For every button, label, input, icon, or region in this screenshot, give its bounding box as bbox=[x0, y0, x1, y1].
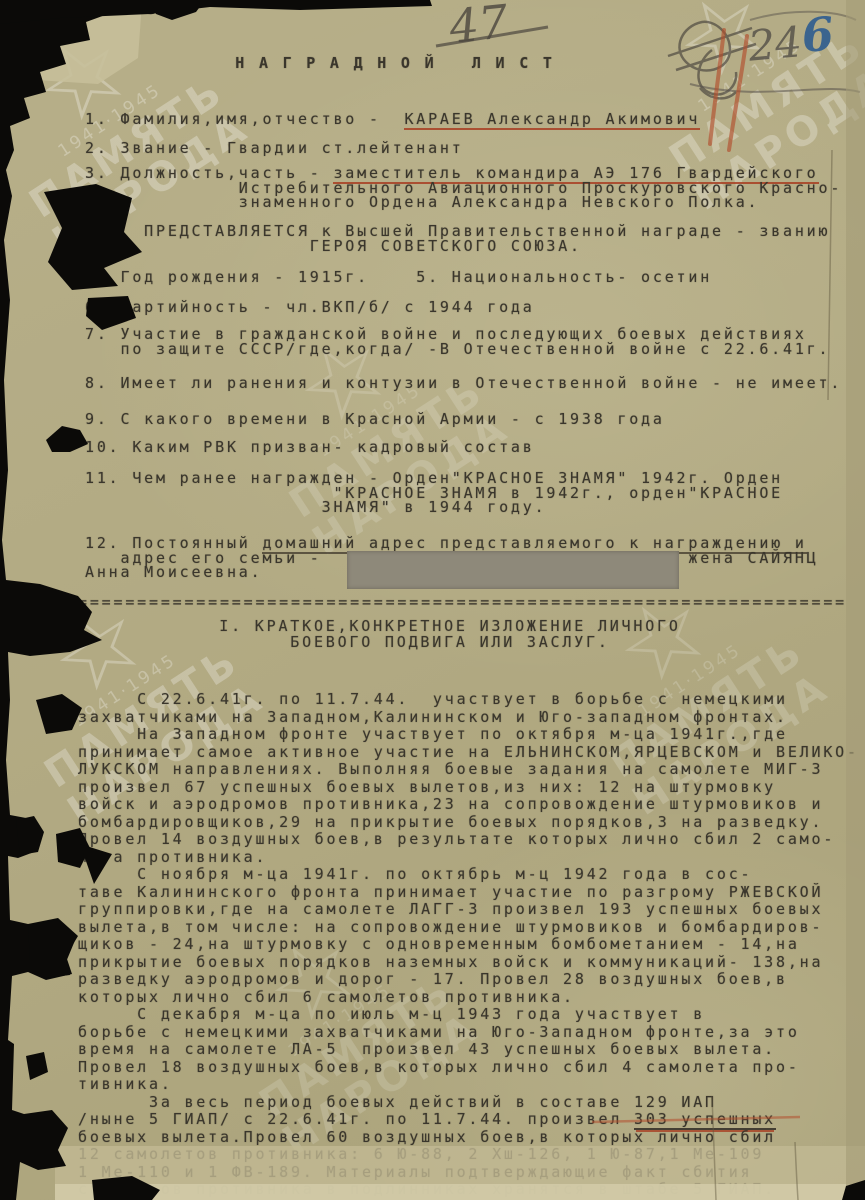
page-number-blue-part: 6 bbox=[799, 6, 836, 63]
paragraph-5: За весь период боевых действий в составе… bbox=[78, 1094, 859, 1199]
form-item-4-5: 4. Год рождения - 1915г. 5. Национальнос… bbox=[85, 270, 712, 285]
presentation-statement: ПРЕДСТАВЛЯЕТСЯ к Высшей Правительственно… bbox=[85, 224, 830, 253]
watermark-word: ПАМЯТЬ bbox=[661, 23, 865, 182]
feat-description-body: С 22.6.41г. по 11.7.44. участвует в борь… bbox=[78, 691, 859, 1199]
item1-label: 1. Фамилия,имя,отчество - bbox=[85, 110, 404, 128]
item3-rest: Истребительного Авиационного Проскуровск… bbox=[85, 179, 842, 212]
form-item-1: 1. Фамилия,имя,отчество - КАРАЕВ Алексан… bbox=[85, 112, 700, 127]
svg-text:47: 47 bbox=[446, 0, 512, 54]
red-pencil-tally-marks bbox=[710, 30, 747, 150]
form-item-8: 8. Имеет ли ранения и контузии в Отечест… bbox=[85, 376, 842, 391]
form-item-7: 7. Участие в гражданской войне и последу… bbox=[85, 327, 830, 356]
section-heading: I. КРАТКОЕ,КОНКРЕТНОЕ ИЗЛОЖЕНИЕ ЛИЧНОГО … bbox=[130, 619, 770, 650]
paragraph-4: С декабря м-ца по июль м-ц 1943 года уча… bbox=[78, 1006, 859, 1094]
form-item-9: 9. С какого времени в Красной Армии - с … bbox=[85, 412, 665, 427]
scanned-award-document-page: ☆ 1941·1945 ПАМЯТЬ НАРОДА ☆ 1941·1945 ПА… bbox=[0, 0, 865, 1200]
page-number-pencil-part: 24 bbox=[745, 17, 804, 71]
paragraph-2: На Западном фронте участвует по октября … bbox=[78, 726, 859, 866]
handwritten-number-555: 555 bbox=[122, 0, 184, 20]
form-item-10: 10. Каким РВК призван- кадровый состав bbox=[85, 440, 535, 455]
awardee-name: КАРАЕВ Александр Акимович bbox=[404, 110, 700, 130]
pencil-stroke bbox=[750, 12, 856, 20]
paragraph-5-rest: боевых вылета.Провел 60 воздушных боев,в… bbox=[78, 1128, 776, 1199]
pencil-stroke bbox=[690, 84, 860, 92]
section-divider: ========================================… bbox=[78, 595, 847, 610]
strikethrough-mark bbox=[436, 27, 548, 46]
handwritten-number-47: 47 bbox=[446, 0, 512, 54]
form-item-3: 3. Должность,часть - заместитель команди… bbox=[85, 166, 842, 210]
form-item-11: 11. Чем ранее награжден - Орден"КРАСНОЕ … bbox=[85, 471, 783, 515]
handwritten-page-number: 24 6 bbox=[745, 6, 837, 70]
paragraph-1: С 22.6.41г. по 11.7.44. участвует в борь… bbox=[78, 691, 859, 726]
redaction-block bbox=[347, 551, 679, 589]
form-item-2: 2. Звание - Гвардии ст.лейтенант bbox=[85, 141, 464, 156]
lighter-paper-patch bbox=[28, 2, 142, 84]
form-item-6: 6. Партийность - чл.ВКП/б/ с 1944 года bbox=[85, 300, 535, 315]
document-title: Н А Г Р А Д Н О Й Л И С Т bbox=[85, 56, 705, 71]
paragraph-3: С ноября м-ца 1941г. по октябрь м-ц 1942… bbox=[78, 866, 859, 1006]
paragraph-5-pre: За весь период боевых действий в составе… bbox=[78, 1093, 717, 1129]
